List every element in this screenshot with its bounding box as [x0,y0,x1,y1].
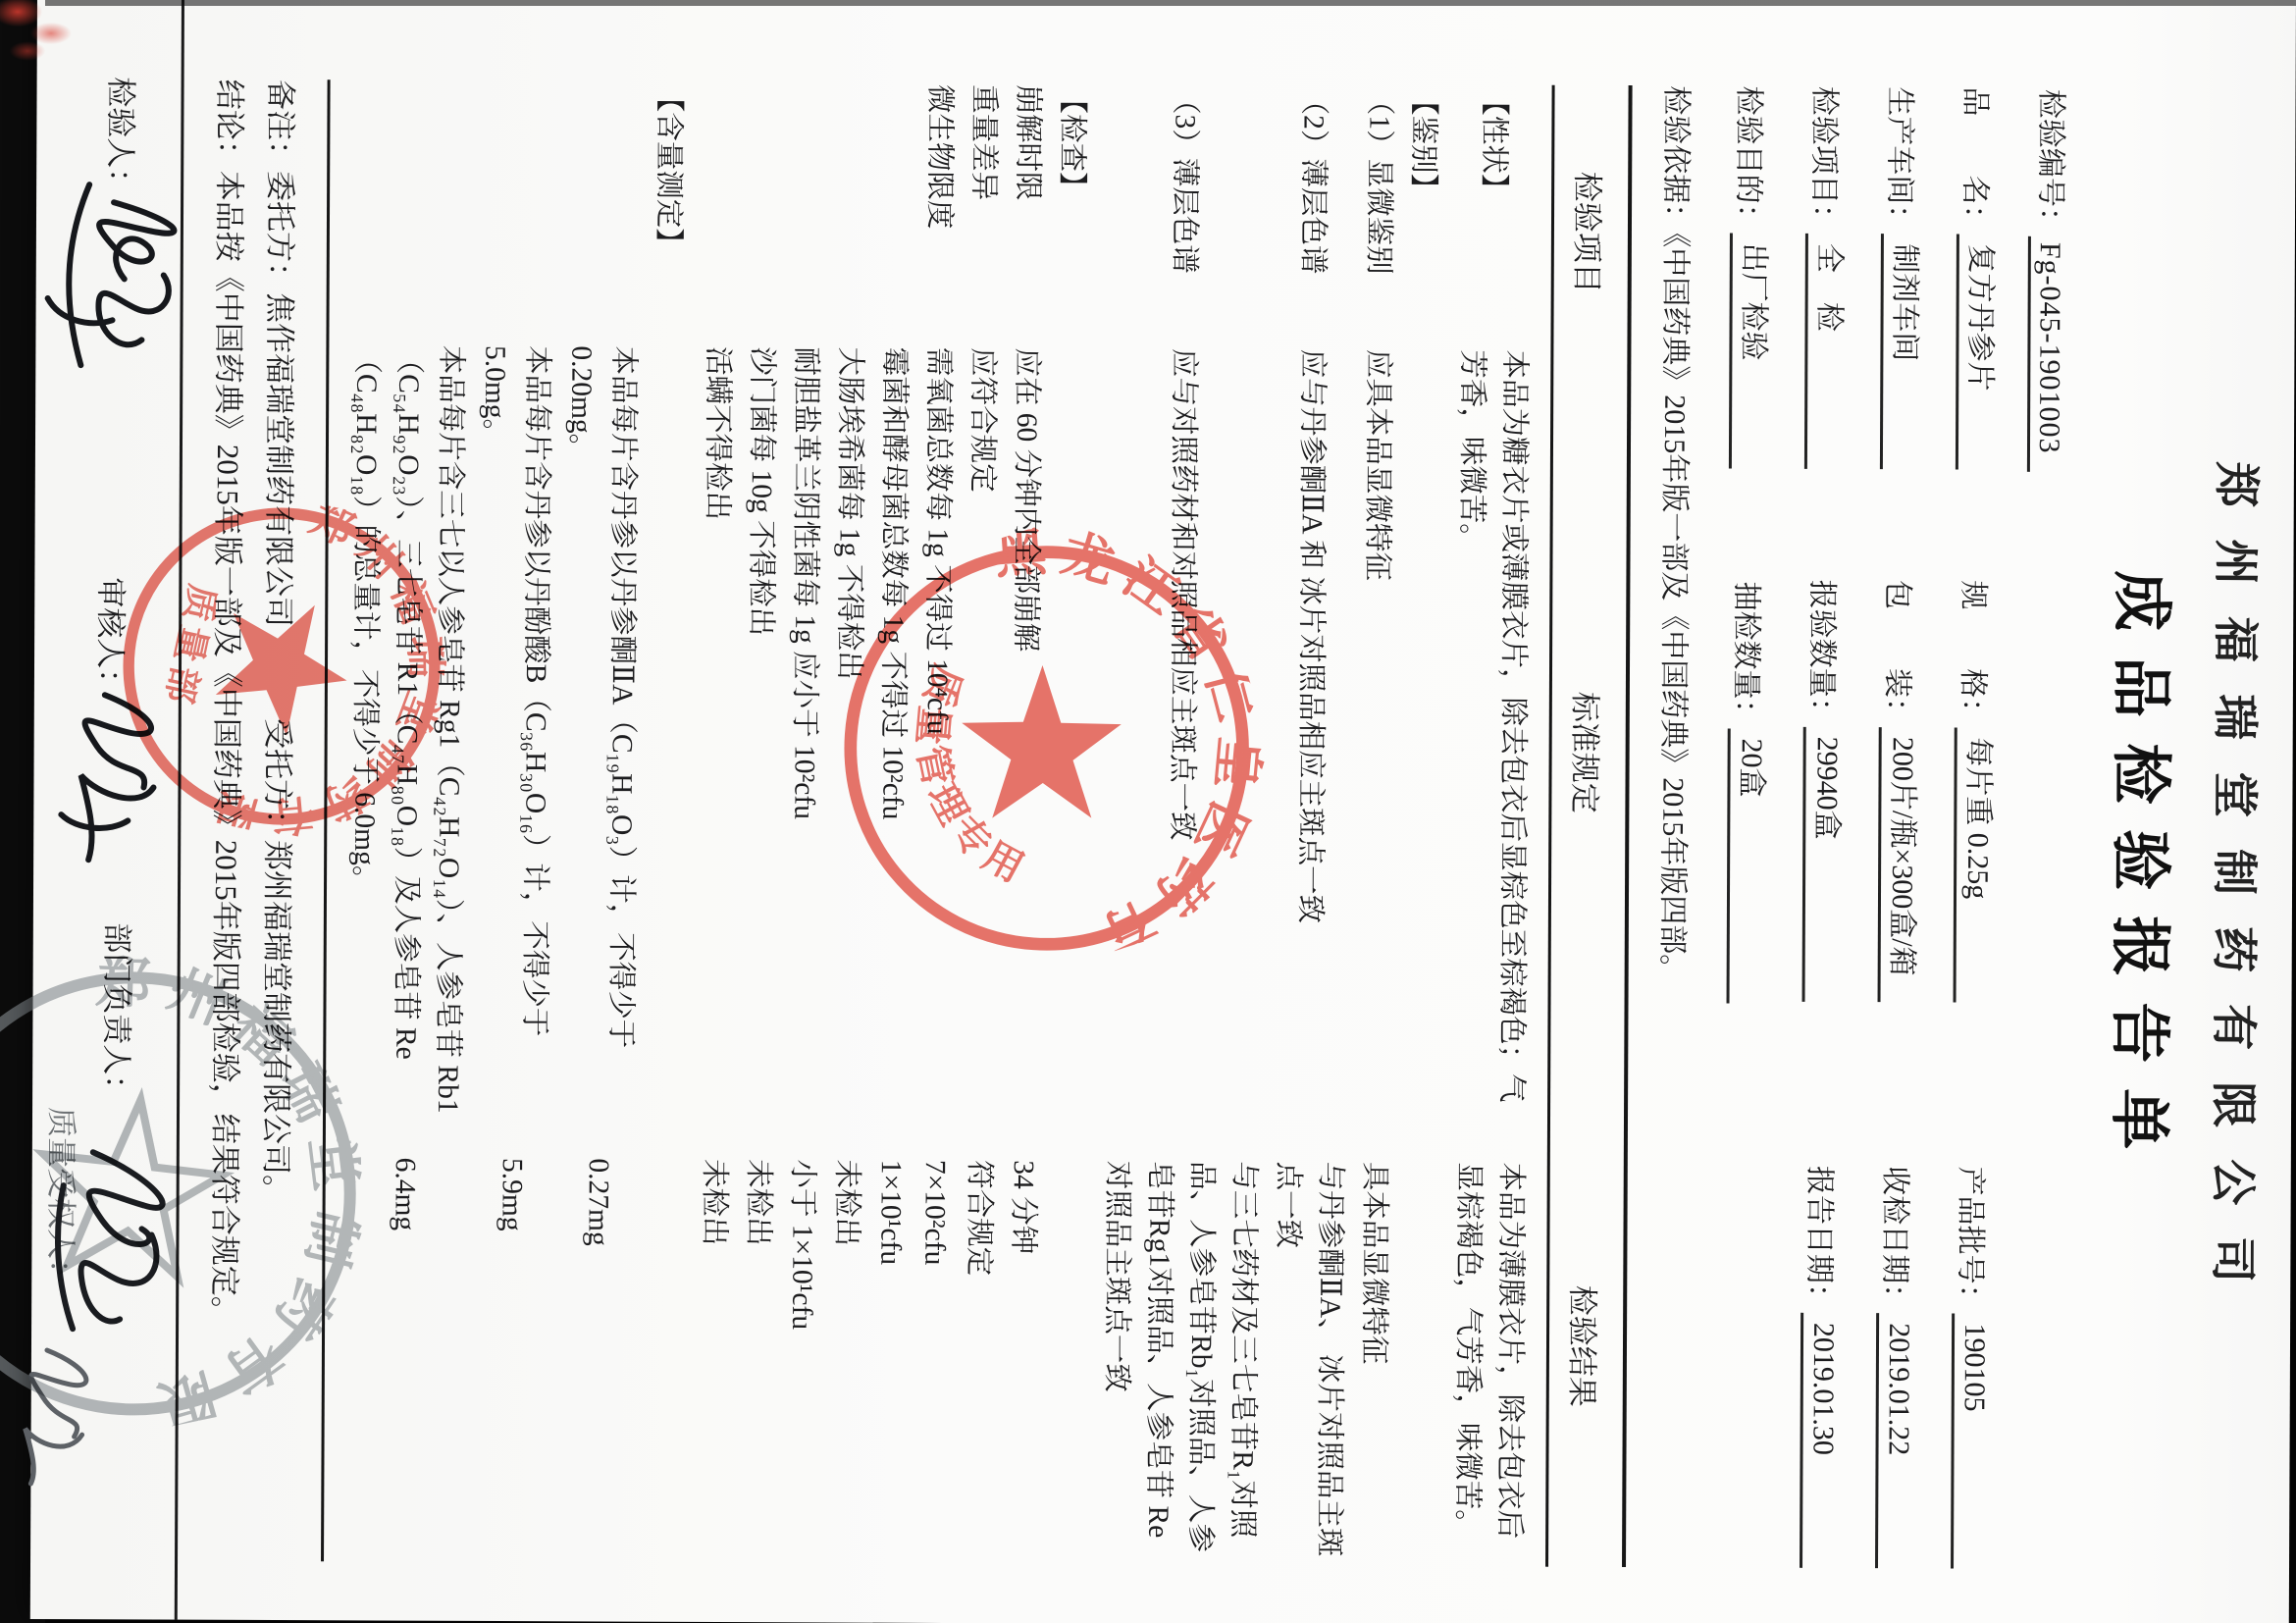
field-items: 检验项目： 全 检 [1803,86,1854,580]
table-row: 沙门菌每 10g 不得检出未检出 [735,81,784,1563]
row-result-text [662,1143,664,1563]
field-receive-date: 收检日期： 2019.01.22 [1875,1166,1920,1568]
row-standard-text: 应具本品显微特征 [1353,349,1399,1146]
table-row: 【性状】本品为糖衣片或薄膜衣片，除去包衣后显棕色至棕褐色；气芳香，味微苦。本品为… [1445,84,1537,1566]
field-value: 190105 [1951,1313,1991,1568]
field-purpose: 检验目的： 出厂检验 [1728,85,1779,581]
row-standard-text [663,346,667,1143]
row-result-text: 0.27mg [576,1142,620,1562]
row-item-label [515,80,516,345]
page-title: 成品检验报告单 [2099,176,2192,1569]
field-label: 检验项目： [1805,86,1850,234]
row-result-text: 未检出 [691,1143,735,1563]
field-label: 检验目的： [1730,85,1774,233]
row-result-text: 5.9mg [490,1142,534,1562]
row-item-label: 【鉴别】 [1400,84,1443,349]
row-standard-text: 耐胆盐革兰阴性菌每 1g 应小于 10²cfu [781,346,827,1143]
field-value: 复方丹参片 [1956,234,2006,469]
row-item-label: 崩解时限 [1005,82,1048,347]
field-label: 收检日期： [1876,1166,1920,1313]
row-result-text: 小于 1×10¹cfu [779,1143,823,1563]
field-value: 29940盒 [1802,727,1852,1002]
report-number-line: 检验编号：Fg-045-1901003 [2026,89,2076,1569]
table-row: 本品每片含丹参以丹参酮ⅡA（C₁₉H₁₈O₃）计，不得少于 0.20mg。0.2… [554,80,646,1562]
row-item-label [806,81,807,346]
row-result-text: 本品为薄膜衣片，除去包衣后显棕褐色，气芳香，味微苦。 [1445,1146,1532,1566]
field-value: 20盒 [1727,728,1777,1003]
star-icon [37,1087,241,1299]
row-item-label: （1）显微鉴别 [1356,84,1399,349]
info-row: 检验目的： 出厂检验 抽检数量： 20盒 [1724,85,1780,1567]
row-result-text: 符合规定 [956,1144,1000,1564]
field-value: 全 检 [1804,234,1854,469]
field-value: 制剂车间 [1880,234,1930,469]
field-value: 2019.01.30 [1800,1313,1840,1568]
inspection-basis-line: 检验依据：《中国药典》2015年版一部及《中国药典》2015年版四部。 [1651,85,1701,1567]
row-item-label: 微生物限度 [916,82,960,347]
row-item-label: （3）薄层色谱 [1163,83,1206,348]
report-page: 郑州福瑞堂制药有限公司 成品检验报告单 检验编号：Fg-045-1901003 … [30,0,2296,1623]
row-result-text [1417,1146,1419,1566]
field-value: 200片/瓶×300盒/箱 [1878,727,1928,1002]
field-label: 抽检数量： [1728,581,1772,728]
table-header: 检验项目 标准规定 检验结果 [1545,85,1629,1567]
row-item-label: 重量差异 [961,82,1004,347]
row-standard-text: 本品为糖衣片或薄膜衣片，除去包衣后显棕色至棕褐色；气芳香，味微苦。 [1447,349,1536,1146]
conclusion-label: 结论： [203,79,254,171]
row-item-label [894,82,895,347]
field-label: 报告日期： [1800,1166,1845,1313]
table-row: 【鉴别】 [1395,84,1444,1566]
row-item-label [761,81,762,346]
row-standard-text: 应与丹参酮ⅡA 和 冰片对照品相应主斑点一致 [1287,349,1333,1146]
row-standard-text [1418,349,1422,1146]
row-standard-text: 本品每片含丹参以丹参酮ⅡA（C₁₉H₁₈O₃）计，不得少于 0.20mg。 [556,345,645,1142]
row-item-label: 【性状】 [1472,84,1515,349]
info-row: 品 名： 复方丹参片 规 格： 每片重 0.25g 产品批号： 190105 [1951,86,2007,1568]
row-standard-text: 本品每片含丹参以丹酚酸B（C₃₆H₃₀O₁₆）计，不得少于 5.0mg。 [470,345,558,1142]
company-title: 郑州福瑞堂制药有限公司 [2202,206,2273,1570]
scanner-edge-shadow [45,0,2296,6]
field-label: 规 格： [1955,580,1999,727]
row-result-text: 34 分钟 [1000,1144,1044,1564]
star-icon [210,589,360,746]
row-result-text: 具本品显微特征 [1351,1146,1395,1566]
row-item-label [408,80,409,345]
field-product-name: 品 名： 复方丹参片 [1955,86,2006,580]
field-label: 产品批号： [1952,1166,1996,1313]
report-number-label: 检验编号： [2034,89,2067,236]
col-header-result: 检验结果 [1562,1126,1608,1567]
table-row: 活螨不得检出未检出 [691,81,740,1563]
field-label: 生产车间： [1881,86,1925,234]
row-result-text: 与三七药材及三七皂苷R₁对照品、人参皂苷Rb₁对照品、人参皂苷Rg1对照品、人参… [1094,1145,1265,1566]
stamp-inner-text: 质量部 [157,581,223,711]
scanned-report: 郑州福瑞堂制药有限公司 成品检验报告单 检验编号：Fg-045-1901003 … [0,0,2296,1623]
field-report-qty: 报验数量： 29940盒 [1801,580,1853,1166]
info-row: 生产车间： 制剂车间 包 装： 200片/瓶×300盒/箱 收检日期： 2019… [1875,86,1931,1568]
field-label: 包 装： [1879,580,1923,727]
row-result-text: 未检出 [823,1143,867,1563]
field-report-date: 报告日期： 2019.01.30 [1800,1166,1845,1568]
field-workshop: 生产车间： 制剂车间 [1879,86,1930,580]
company-qc-stamp: 郑州福瑞堂制药有限公司 质量部 [83,468,480,864]
table-row: 本品每片含丹参以丹酚酸B（C₃₆H₃₀O₁₆）计，不得少于 5.0mg。5.9m… [468,80,559,1562]
table-row: 耐胆盐革兰阴性菌每 1g 应小于 10²cfu小于 1×10¹cfu [779,81,828,1563]
row-result-text [1066,1145,1068,1565]
report-number-value: Fg-045-1901003 [2027,236,2066,472]
col-header-standard: 标准规定 [1564,380,1611,1126]
corner-stamp-mark [0,0,84,73]
row-item-label: 【含量测定】 [646,81,689,346]
basis-value: 《中国药典》2015年版一部及《中国药典》2015年版四部。 [1656,233,1692,983]
inspector-signature [39,173,207,380]
row-item-label [717,81,718,346]
remark-label: 备注： [254,79,305,171]
row-result-text: 7×10²cfu [912,1144,956,1564]
row-item-label [850,82,851,347]
table-row: （1）显微鉴别应具本品显微特征具本品显微特征 [1351,84,1400,1566]
basis-label: 检验依据： [1659,85,1693,233]
row-item-label: 【检查】 [1049,82,1092,347]
row-standard-text: 活螨不得检出 [693,346,739,1143]
col-header-item: 检验项目 [1567,85,1612,380]
info-grid: 品 名： 复方丹参片 规 格： 每片重 0.25g 产品批号： 190105 生… [1724,85,2007,1568]
field-value: 每片重 0.25g [1954,727,2004,1002]
row-item-label [601,80,602,345]
table-row: 【含量测定】 [641,81,690,1563]
field-value: 2019.01.22 [1875,1313,1915,1568]
field-batch: 产品批号： 190105 [1951,1166,1996,1568]
field-package: 包 装： 200片/瓶×300盒/箱 [1877,580,1929,1166]
info-row: 检验项目： 全 检 报验数量： 29940盒 报告日期： 2019.01.30 [1800,86,1855,1568]
row-result-text: 未检出 [735,1143,779,1563]
row-result-text: 与丹参酮ⅡA、 冰片对照品主斑点一致 [1265,1145,1351,1565]
field-value: 出厂检验 [1729,233,1779,468]
field-label: 报验数量： [1803,580,1848,727]
field-sample-qty: 抽检数量： 20盒 [1726,581,1778,1170]
field-spec: 规 格： 每片重 0.25g [1953,580,2005,1166]
row-result-text: 1×10¹cfu [867,1144,912,1564]
row-item-label: （2）薄层色谱 [1291,84,1334,349]
field-label: 品 名： [1957,86,2001,234]
row-standard-text: 沙门菌每 10g 不得检出 [737,346,783,1143]
